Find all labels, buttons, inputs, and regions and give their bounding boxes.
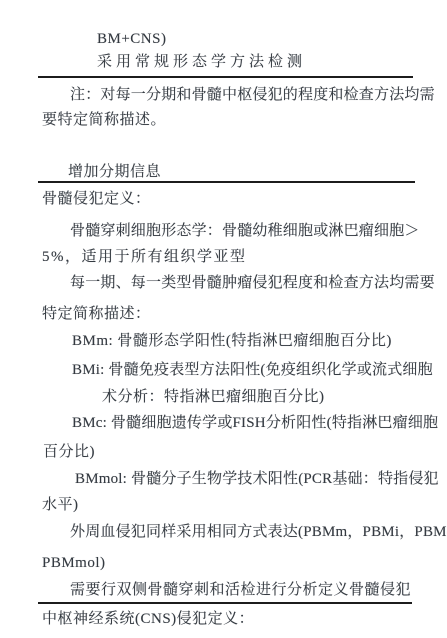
- text-line-bmmol-1: BMmol: 骨髓分子生物学技术阳性(PCR基础：特指侵犯: [75, 470, 439, 488]
- text-line-bm-aspirate-1: 骨髓穿刺细胞形态学：骨髓幼稚细胞或淋巴瘤细胞＞: [70, 222, 420, 240]
- text-line-note-1: 注：对每一分期和骨髓中枢侵犯的程度和检查方法均需: [70, 86, 435, 104]
- text-line-bmi-1: BMi: 骨髓免疫表型方法阳性(免疫组织化学或流式细胞: [72, 361, 433, 379]
- text-line-bmc-2: 百分比): [43, 443, 95, 461]
- table-rule-bottom: [38, 602, 412, 604]
- text-line-peripheral-blood-2: PBMmol): [42, 554, 106, 572]
- text-line-bmmol-2: 水平): [42, 496, 79, 514]
- text-line-bmm: BMm: 骨髓形态学阳性(特指淋巴瘤细胞百分比): [72, 332, 392, 350]
- text-line-bmc-1: BMc: 骨髓细胞遗传学或FISH分析阳性(特指淋巴瘤细胞: [72, 414, 438, 432]
- document-page: BM+CNS) 采用常规形态学方法检测 注：对每一分期和骨髓中枢侵犯的程度和检查…: [0, 0, 447, 638]
- text-line-stage-type-1: 每一期、每一类型骨髓肿瘤侵犯程度和检查方法均需要: [70, 274, 435, 292]
- section-header-staging-info: 增加分期信息: [68, 163, 161, 181]
- text-line-bmi-2: 术分析：特指淋巴瘤细胞百分比): [102, 388, 325, 406]
- text-line-stage-type-2: 特定简称描述：: [42, 305, 151, 323]
- text-line-peripheral-blood-1: 外周血侵犯同样采用相同方式表达(PBMm，PBMi，PBMc，: [70, 523, 447, 541]
- text-line-bm-definition-heading: 骨髓侵犯定义：: [42, 190, 151, 208]
- table-rule-middle: [38, 181, 415, 183]
- text-line-morphology-method: 采用常规形态学方法检测: [97, 53, 306, 71]
- text-line-note-2: 要特定简称描述。: [42, 111, 166, 129]
- text-line-bilateral-biopsy: 需要行双侧骨髓穿刺和活检进行分析定义骨髓侵犯: [70, 581, 411, 599]
- table-rule-top: [38, 76, 413, 78]
- text-line-bm-cns: BM+CNS): [97, 30, 166, 48]
- text-line-bm-aspirate-2: 5%，适用于所有组织学亚型: [42, 248, 247, 266]
- text-line-cns-definition-heading: 中枢神经系统(CNS)侵犯定义：: [42, 610, 254, 628]
